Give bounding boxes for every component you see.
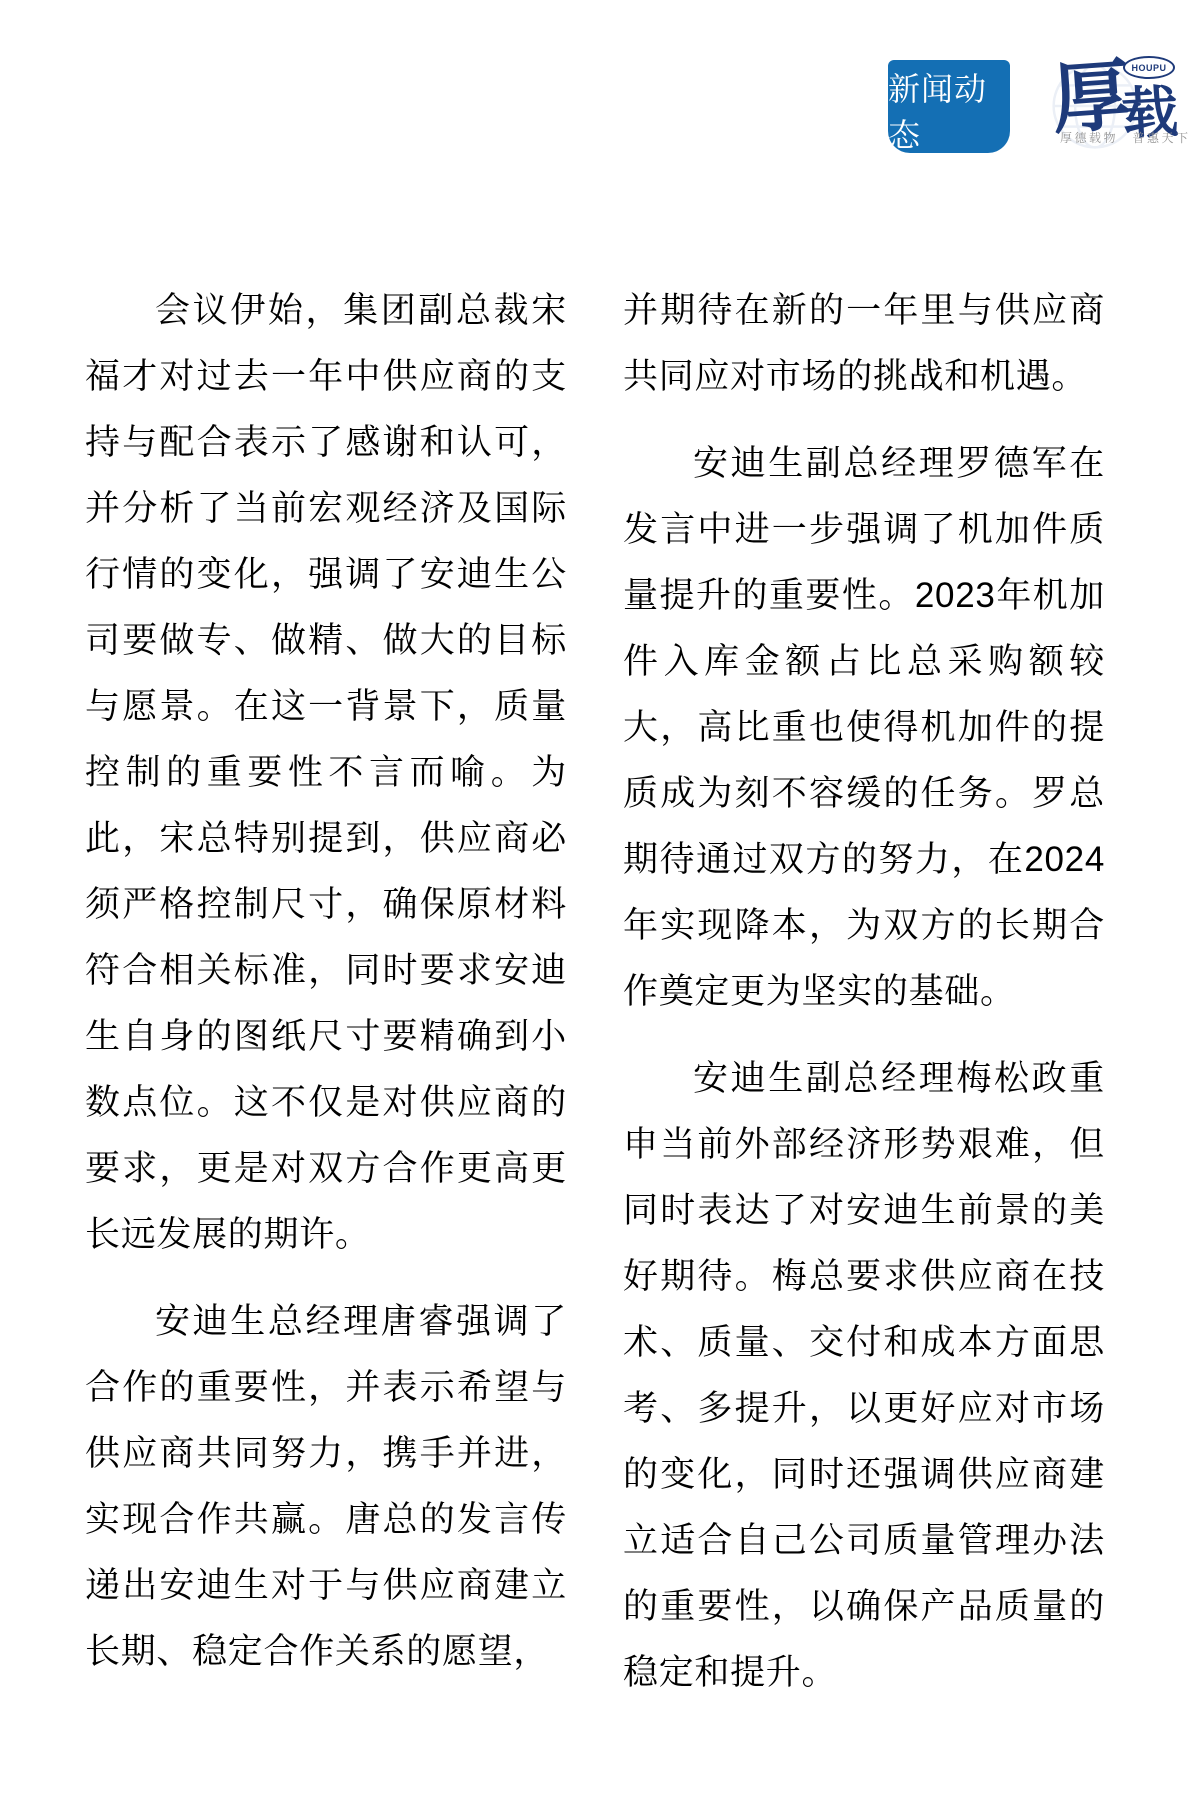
logo-tagline: 厚德载物 普惠天下 <box>1060 129 1191 146</box>
houpu-oval-badge: HOUPU <box>1123 56 1175 79</box>
paragraph: 并期待在新的一年里与供应商共同应对市场的挑战和机遇。 <box>623 278 1105 410</box>
page: { "header": { "badge": { "label": "新闻动态"… <box>0 0 1200 1800</box>
article-column-right: 并期待在新的一年里与供应商共同应对市场的挑战和机遇。 安迪生副总经理罗德军在发言… <box>623 278 1105 1706</box>
page-header: 新闻动态 HOUPU 厚 载 厚德载物 普惠天下 <box>0 0 1200 200</box>
company-logo: HOUPU 厚 载 厚德载物 普惠天下 <box>1040 45 1200 150</box>
paragraph: 安迪生副总经理罗德军在发言中进一步强调了机加件质量提升的重要性。2023年机加件… <box>623 431 1105 1025</box>
paragraph: 安迪生总经理唐睿强调了合作的重要性，并表示希望与供应商共同努力，携手并进，实现合… <box>85 1289 567 1685</box>
paragraph: 会议伊始，集团副总裁宋福才对过去一年中供应商的支持与配合表示了感谢和认可，并分析… <box>85 278 567 1268</box>
article-body: 会议伊始，集团副总裁宋福才对过去一年中供应商的支持与配合表示了感谢和认可，并分析… <box>85 278 1105 1706</box>
news-section-badge-label: 新闻动态 <box>888 58 1010 156</box>
news-section-badge: 新闻动态 <box>888 60 1010 153</box>
houpu-oval-label: HOUPU <box>1131 63 1166 73</box>
paragraph: 安迪生副总经理梅松政重申当前外部经济形势艰难，但同时表达了对安迪生前景的美好期待… <box>623 1046 1105 1706</box>
article-column-left: 会议伊始，集团副总裁宋福才对过去一年中供应商的支持与配合表示了感谢和认可，并分析… <box>85 278 567 1706</box>
logo-calligraphy-hou: 厚 <box>1049 56 1132 139</box>
